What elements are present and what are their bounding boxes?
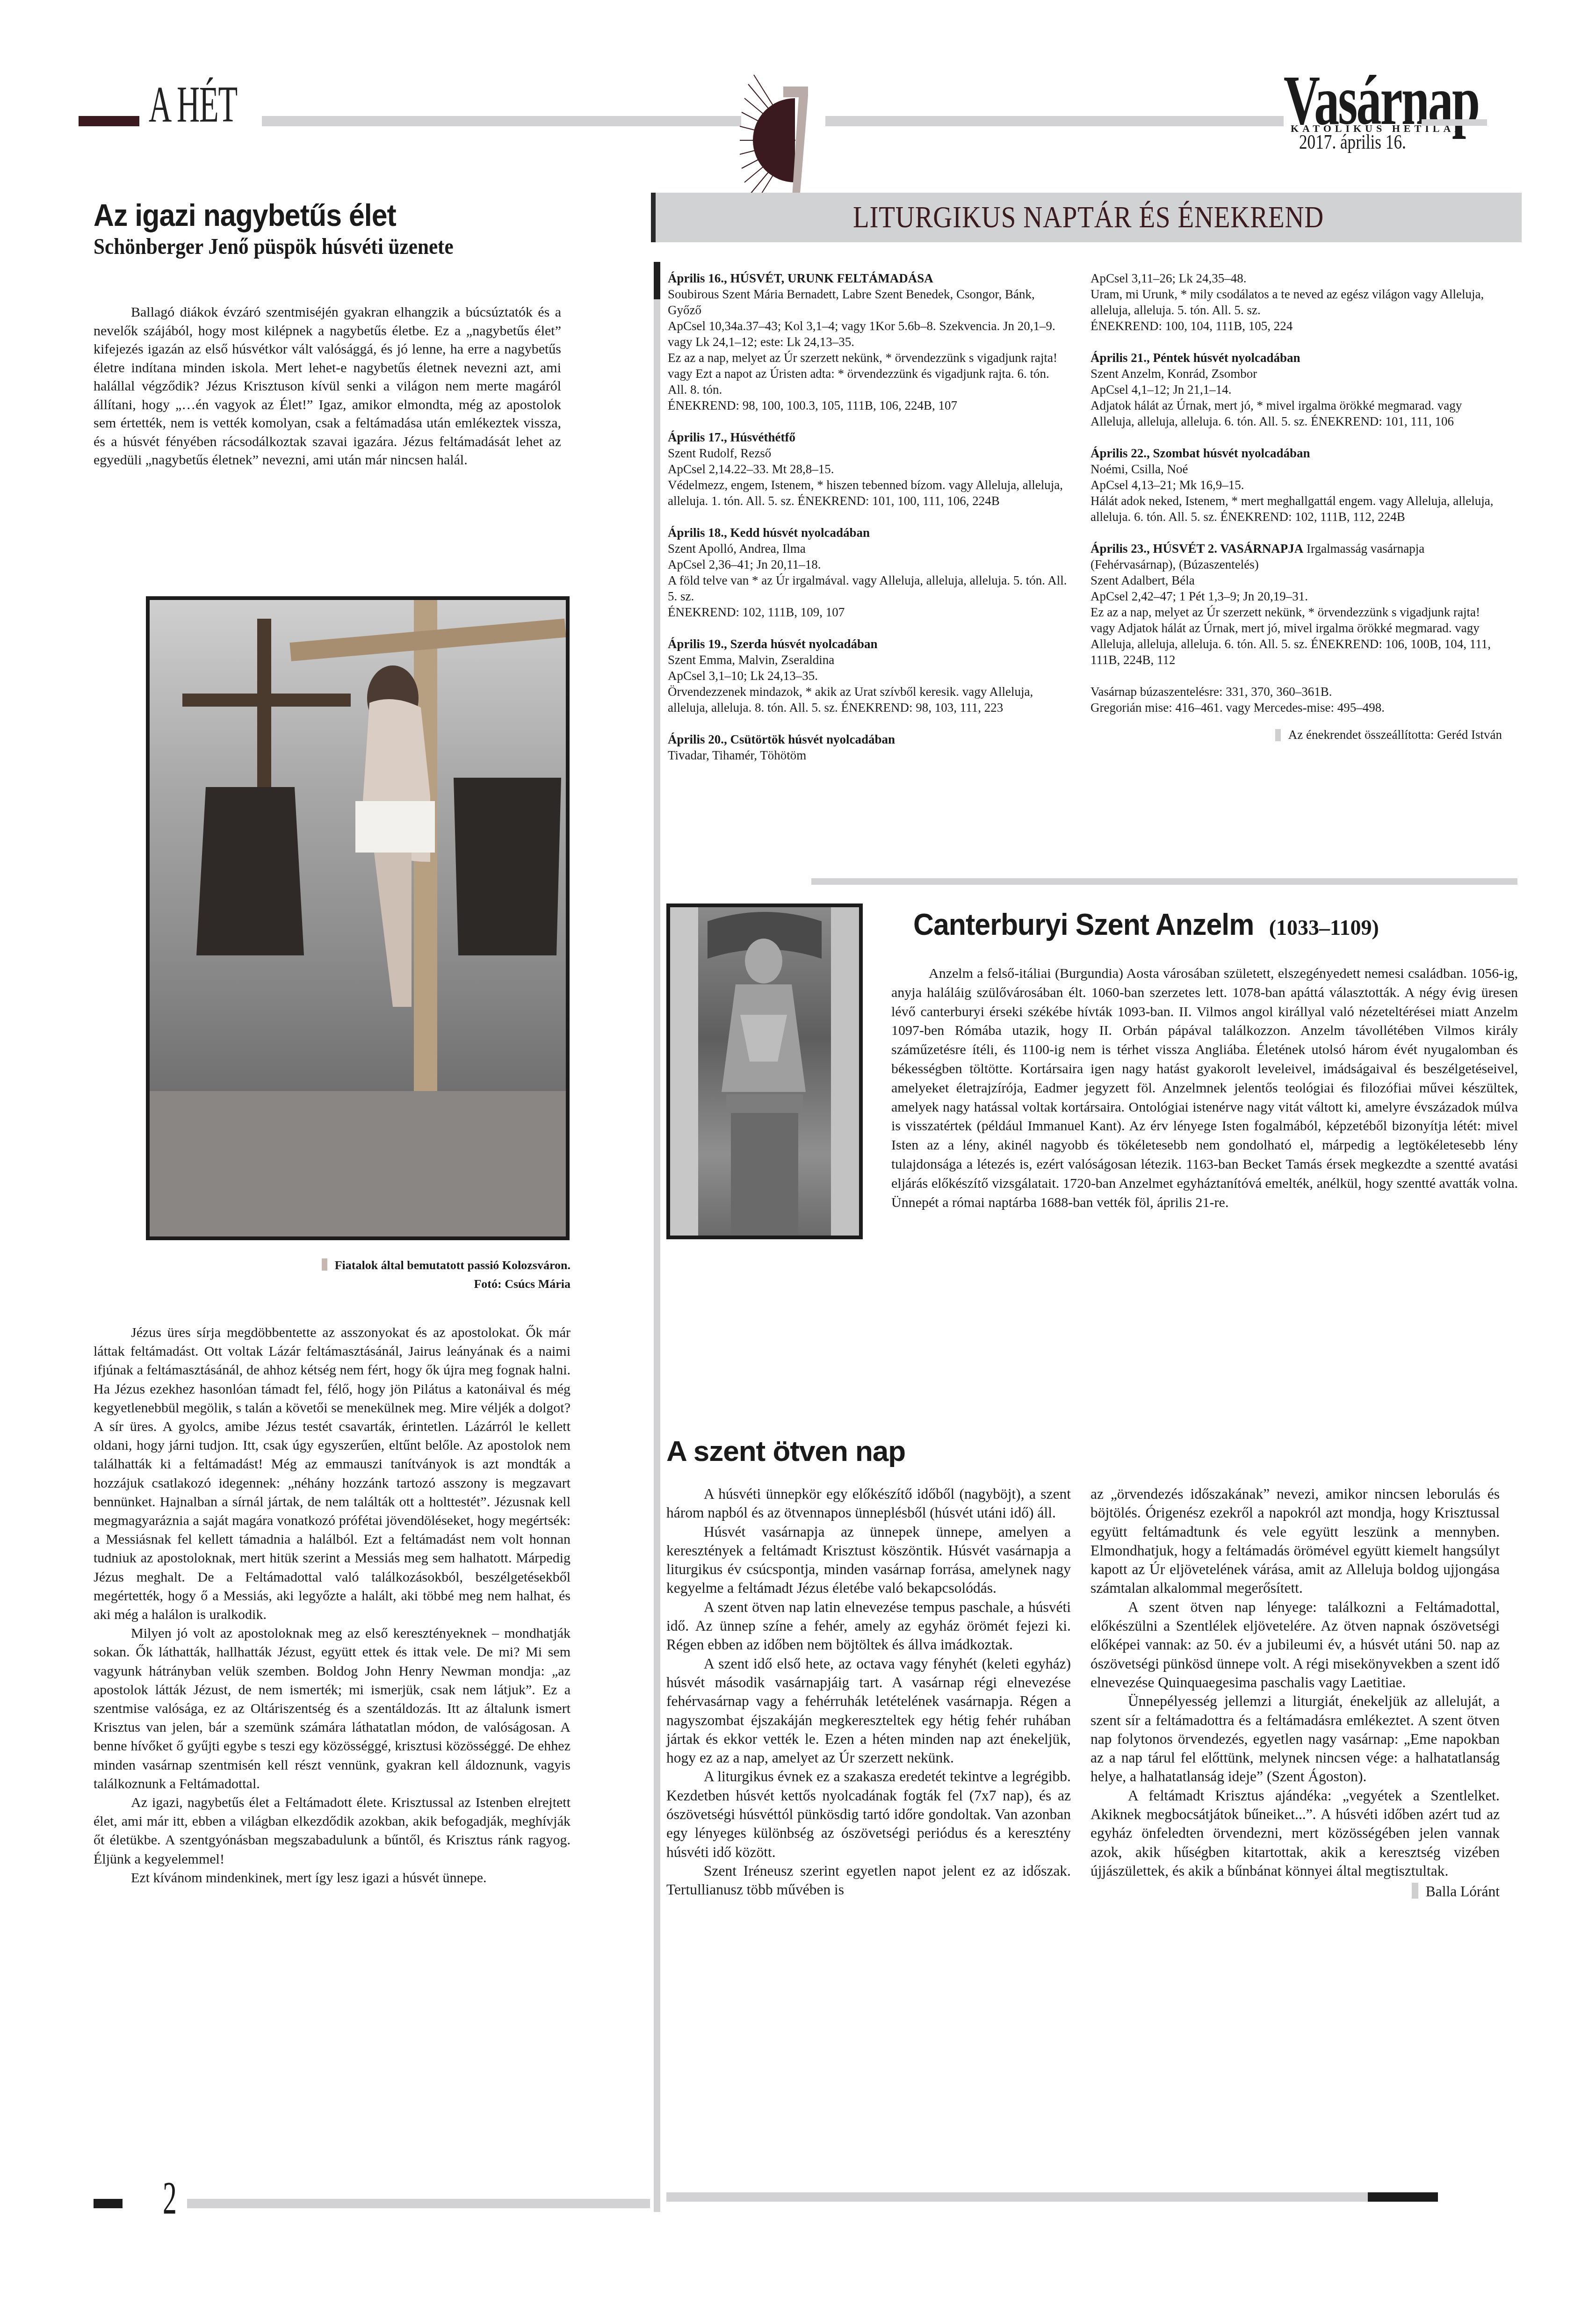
page-number: 2: [163, 2175, 177, 2221]
calendar-psalm: Adjatok hálát az Úrnak, mert jó, * mivel…: [1090, 398, 1502, 429]
section-label: A HÉT: [149, 79, 237, 130]
calendar-psalm: Uram, mi Urunk, * mily csodálatos a te n…: [1090, 286, 1502, 318]
photo-credit: Fotó: Csúcs Mária: [474, 1277, 571, 1291]
fifty-days-paragraph: A szent ötven nap lényege: találkozni a …: [1090, 1598, 1500, 1692]
caption-marker-icon: [322, 1258, 327, 1271]
anselm-title-row: Canterburyi Szent Anzelm (1033–1109): [913, 907, 1379, 942]
calendar-entry: Április 22., Szombat húsvét nyolcadában …: [1090, 445, 1502, 525]
column-divider: [654, 262, 660, 2212]
calendar-psalm: Örvendezzenek mindazok, * akik az Urat s…: [668, 684, 1070, 716]
fifty-days-paragraph: A feltámadt Krisztus ajándéka: „vegyétek…: [1090, 1786, 1500, 1880]
fifty-days-title: A szent ötven nap: [666, 1435, 905, 1468]
calendar-readings: ApCsel 3,11–26; Lk 24,35–48.: [1090, 270, 1502, 286]
issue-date: 2017. április 16.: [1299, 130, 1406, 154]
footer-rule-right: [666, 2192, 1368, 2202]
calendar-entry: Április 18., Kedd húsvét nyolcadában Sze…: [668, 525, 1070, 620]
liturgical-calendar-title: LITURGIKUS NAPTÁR ÉS ÉNEKREND: [853, 200, 1324, 235]
body-paragraph: Ezt kívánom mindenkinek, mert így lesz i…: [94, 1869, 571, 1887]
photo-caption: Fiatalok által bemutatott passió Kolozsv…: [196, 1256, 571, 1294]
byline-text: Balla Lóránt: [1426, 1883, 1500, 1900]
calendar-psalm: Ez az a nap, melyet az Úr szerzett nekün…: [1090, 604, 1502, 668]
liturgical-calendar-col2: ApCsel 3,11–26; Lk 24,35–48. Uram, mi Ur…: [1090, 270, 1502, 743]
calendar-psalm: Ez az a nap, melyet az Úr szerzett nekün…: [668, 350, 1070, 398]
footer-right-bar: [1368, 2192, 1438, 2202]
calendar-entry: Április 20., Csütörtök húsvét nyolcadába…: [668, 731, 1070, 763]
calendar-psalm: Védelmezz, engem, Istenem, * hiszen tebe…: [668, 477, 1070, 509]
calendar-readings: ApCsel 2,14.22–33. Mt 28,8–15.: [668, 461, 1070, 477]
calendar-entry-continued: ApCsel 3,11–26; Lk 24,35–48. Uram, mi Ur…: [1090, 270, 1502, 334]
calendar-extra-line: Gregorián mise: 416–461. vagy Mercedes-m…: [1090, 700, 1502, 716]
credit-marker-icon: [1275, 729, 1281, 741]
main-article-title: Az igazi nagybetűs élet: [94, 197, 396, 233]
calendar-readings: ApCsel 4,1–12; Jn 21,1–14.: [1090, 382, 1502, 398]
fifty-days-paragraph: az „örvendezés időszakának” nevezi, amik…: [1090, 1485, 1500, 1598]
calendar-saints: Szent Apolló, Andrea, Ilma: [668, 541, 1070, 557]
fifty-days-paragraph: Húsvét vasárnapja az ünnepek ünnepe, ame…: [666, 1523, 1071, 1598]
main-article-intro: Ballagó diákok évzáró szentmiséjén gyakr…: [94, 303, 561, 470]
photo-wrap-spacer: [668, 964, 891, 1273]
fifty-days-paragraph: A liturgikus évnek ez a szakasza eredeté…: [666, 1767, 1071, 1861]
anselm-text: Anzelm a felső-itáliai (Burgundia) Aosta…: [668, 964, 1518, 1273]
calendar-readings: ApCsel 3,1–10; Lk 24,13–35.: [668, 668, 1070, 684]
fifty-days-paragraph: A húsvéti ünnepkör egy előkészítő időből…: [666, 1485, 1071, 1523]
calendar-saints: Szent Adalbert, Béla: [1090, 572, 1502, 588]
calendar-entry-heading: Április 19., Szerda húsvét nyolcadában: [668, 636, 1070, 652]
calendar-saints: Szent Rudolf, Rezső: [668, 445, 1070, 461]
calendar-entry-heading: Április 17., Húsvéthétfő: [668, 429, 1070, 445]
calendar-saints: Szent Emma, Malvin, Zseraldina: [668, 652, 1070, 668]
calendar-hymns: ÉNEKREND: 102, 111B, 109, 107: [668, 604, 1070, 620]
calendar-readings: ApCsel 4,13–21; Mk 16,9–15.: [1090, 477, 1502, 493]
calendar-extras: Vasárnap búzaszentelésre: 331, 370, 360–…: [1090, 684, 1502, 716]
section-rule: [811, 878, 1517, 885]
fifty-days-col1: A húsvéti ünnepkör egy előkészítő időből…: [666, 1485, 1071, 1900]
header-left-bar: [79, 116, 139, 126]
calendar-entry-heading: Április 18., Kedd húsvét nyolcadában: [668, 525, 1070, 541]
calendar-credit-text: Az énekrendet összeállította: Geréd Istv…: [1288, 728, 1502, 742]
intro-paragraph: Ballagó diákok évzáró szentmiséjén gyakr…: [94, 303, 561, 470]
main-article-subtitle: Schönberger Jenő püspök húsvéti üzenete: [94, 234, 454, 260]
passion-play-photo: [146, 596, 570, 1240]
fifty-days-col2: az „örvendezés időszakának” nevezi, amik…: [1090, 1485, 1500, 1901]
header-rule-mid: [825, 116, 1284, 126]
crucifixion-scene-image: [150, 600, 566, 1236]
photo-caption-text: Fiatalok által bemutatott passió Kolozsv…: [335, 1258, 571, 1272]
calendar-entry-heading: Április 23., HÚSVÉT 2. VASÁRNAPJA: [1090, 542, 1303, 556]
calendar-hymns: ÉNEKREND: 98, 100, 100.3, 105, 111B, 106…: [668, 398, 1070, 413]
calendar-entry: Április 19., Szerda húsvét nyolcadában S…: [668, 636, 1070, 716]
calendar-entry-heading: Április 22., Szombat húsvét nyolcadában: [1090, 445, 1502, 461]
fifty-days-paragraph: A szent ötven nap latin elnevezése tempu…: [666, 1598, 1071, 1655]
fifty-days-paragraph: A szent idő első hete, az octava vagy fé…: [666, 1655, 1071, 1768]
calendar-entry: Április 17., Húsvéthétfő Szent Rudolf, R…: [668, 429, 1070, 509]
calendar-readings: ApCsel 2,42–47; 1 Pét 1,3–9; Jn 20,19–31…: [1090, 588, 1502, 604]
body-paragraph: Milyen jó volt az apostoloknak meg az el…: [94, 1624, 571, 1793]
calendar-entry-heading: Április 20., Csütörtök húsvét nyolcadába…: [668, 731, 1070, 747]
calendar-entry: Április 21., Péntek húsvét nyolcadában S…: [1090, 350, 1502, 429]
fifty-days-byline: Balla Lóránt: [1090, 1882, 1500, 1901]
column-divider-accent: [654, 262, 660, 299]
header-rule-left: [262, 116, 741, 126]
footer-rule-left: [187, 2199, 650, 2208]
calendar-psalm: Hálát adok neked, Istenem, * mert meghal…: [1090, 493, 1502, 525]
footer-left-bar: [94, 2199, 123, 2208]
calendar-readings: ApCsel 10,34a.37–43; Kol 3,1–4; vagy 1Ko…: [668, 318, 1070, 350]
liturgical-calendar-banner: LITURGIKUS NAPTÁR ÉS ÉNEKREND: [651, 193, 1522, 242]
body-paragraph: Az igazi, nagybetűs élet a Feltámadott é…: [94, 1793, 571, 1869]
calendar-saints: Tivadar, Tihamér, Töhötöm: [668, 747, 1070, 763]
calendar-readings: ApCsel 2,36–41; Jn 20,11–18.: [668, 557, 1070, 572]
calendar-entry-heading: Április 16., HÚSVÉT, URUNK FELTÁMADÁSA: [668, 270, 1070, 286]
calendar-saints: Szent Anzelm, Konrád, Zsombor: [1090, 366, 1502, 382]
liturgical-calendar-col1: Április 16., HÚSVÉT, URUNK FELTÁMADÁSA S…: [668, 270, 1070, 763]
fifty-days-paragraph: Szent Iréneusz szerint egyetlen napot je…: [666, 1862, 1071, 1900]
calendar-psalm: A föld telve van * az Úr irgalmával. vag…: [668, 572, 1070, 604]
calendar-entry: Április 23., HÚSVÉT 2. VASÁRNAPJA Irgalm…: [1090, 541, 1502, 668]
calendar-saints: Soubirous Szent Mária Bernadett, Labre S…: [668, 286, 1070, 318]
calendar-credit: Az énekrendet összeállította: Geréd Istv…: [1090, 727, 1502, 743]
calendar-entry: Április 16., HÚSVÉT, URUNK FELTÁMADÁSA S…: [668, 270, 1070, 413]
calendar-saints: Noémi, Csilla, Noé: [1090, 461, 1502, 477]
main-article-body: Jézus üres sírja megdöbbentette az asszo…: [94, 1323, 571, 1887]
fifty-days-paragraph: Ünnepélyesség jellemzi a liturgiát, ének…: [1090, 1692, 1500, 1786]
anselm-title: Canterburyi Szent Anzelm: [913, 907, 1254, 942]
body-paragraph: Jézus üres sírja megdöbbentette az asszo…: [94, 1323, 571, 1624]
calendar-hymns: ÉNEKREND: 100, 104, 111B, 105, 224: [1090, 318, 1502, 334]
calendar-extra-line: Vasárnap búzaszentelésre: 331, 370, 360–…: [1090, 684, 1502, 700]
anselm-years: (1033–1109): [1269, 916, 1379, 940]
calendar-entry-heading: Április 21., Péntek húsvét nyolcadában: [1090, 350, 1502, 366]
byline-marker-icon: [1412, 1883, 1418, 1899]
header-rule-right: [1422, 119, 1487, 126]
